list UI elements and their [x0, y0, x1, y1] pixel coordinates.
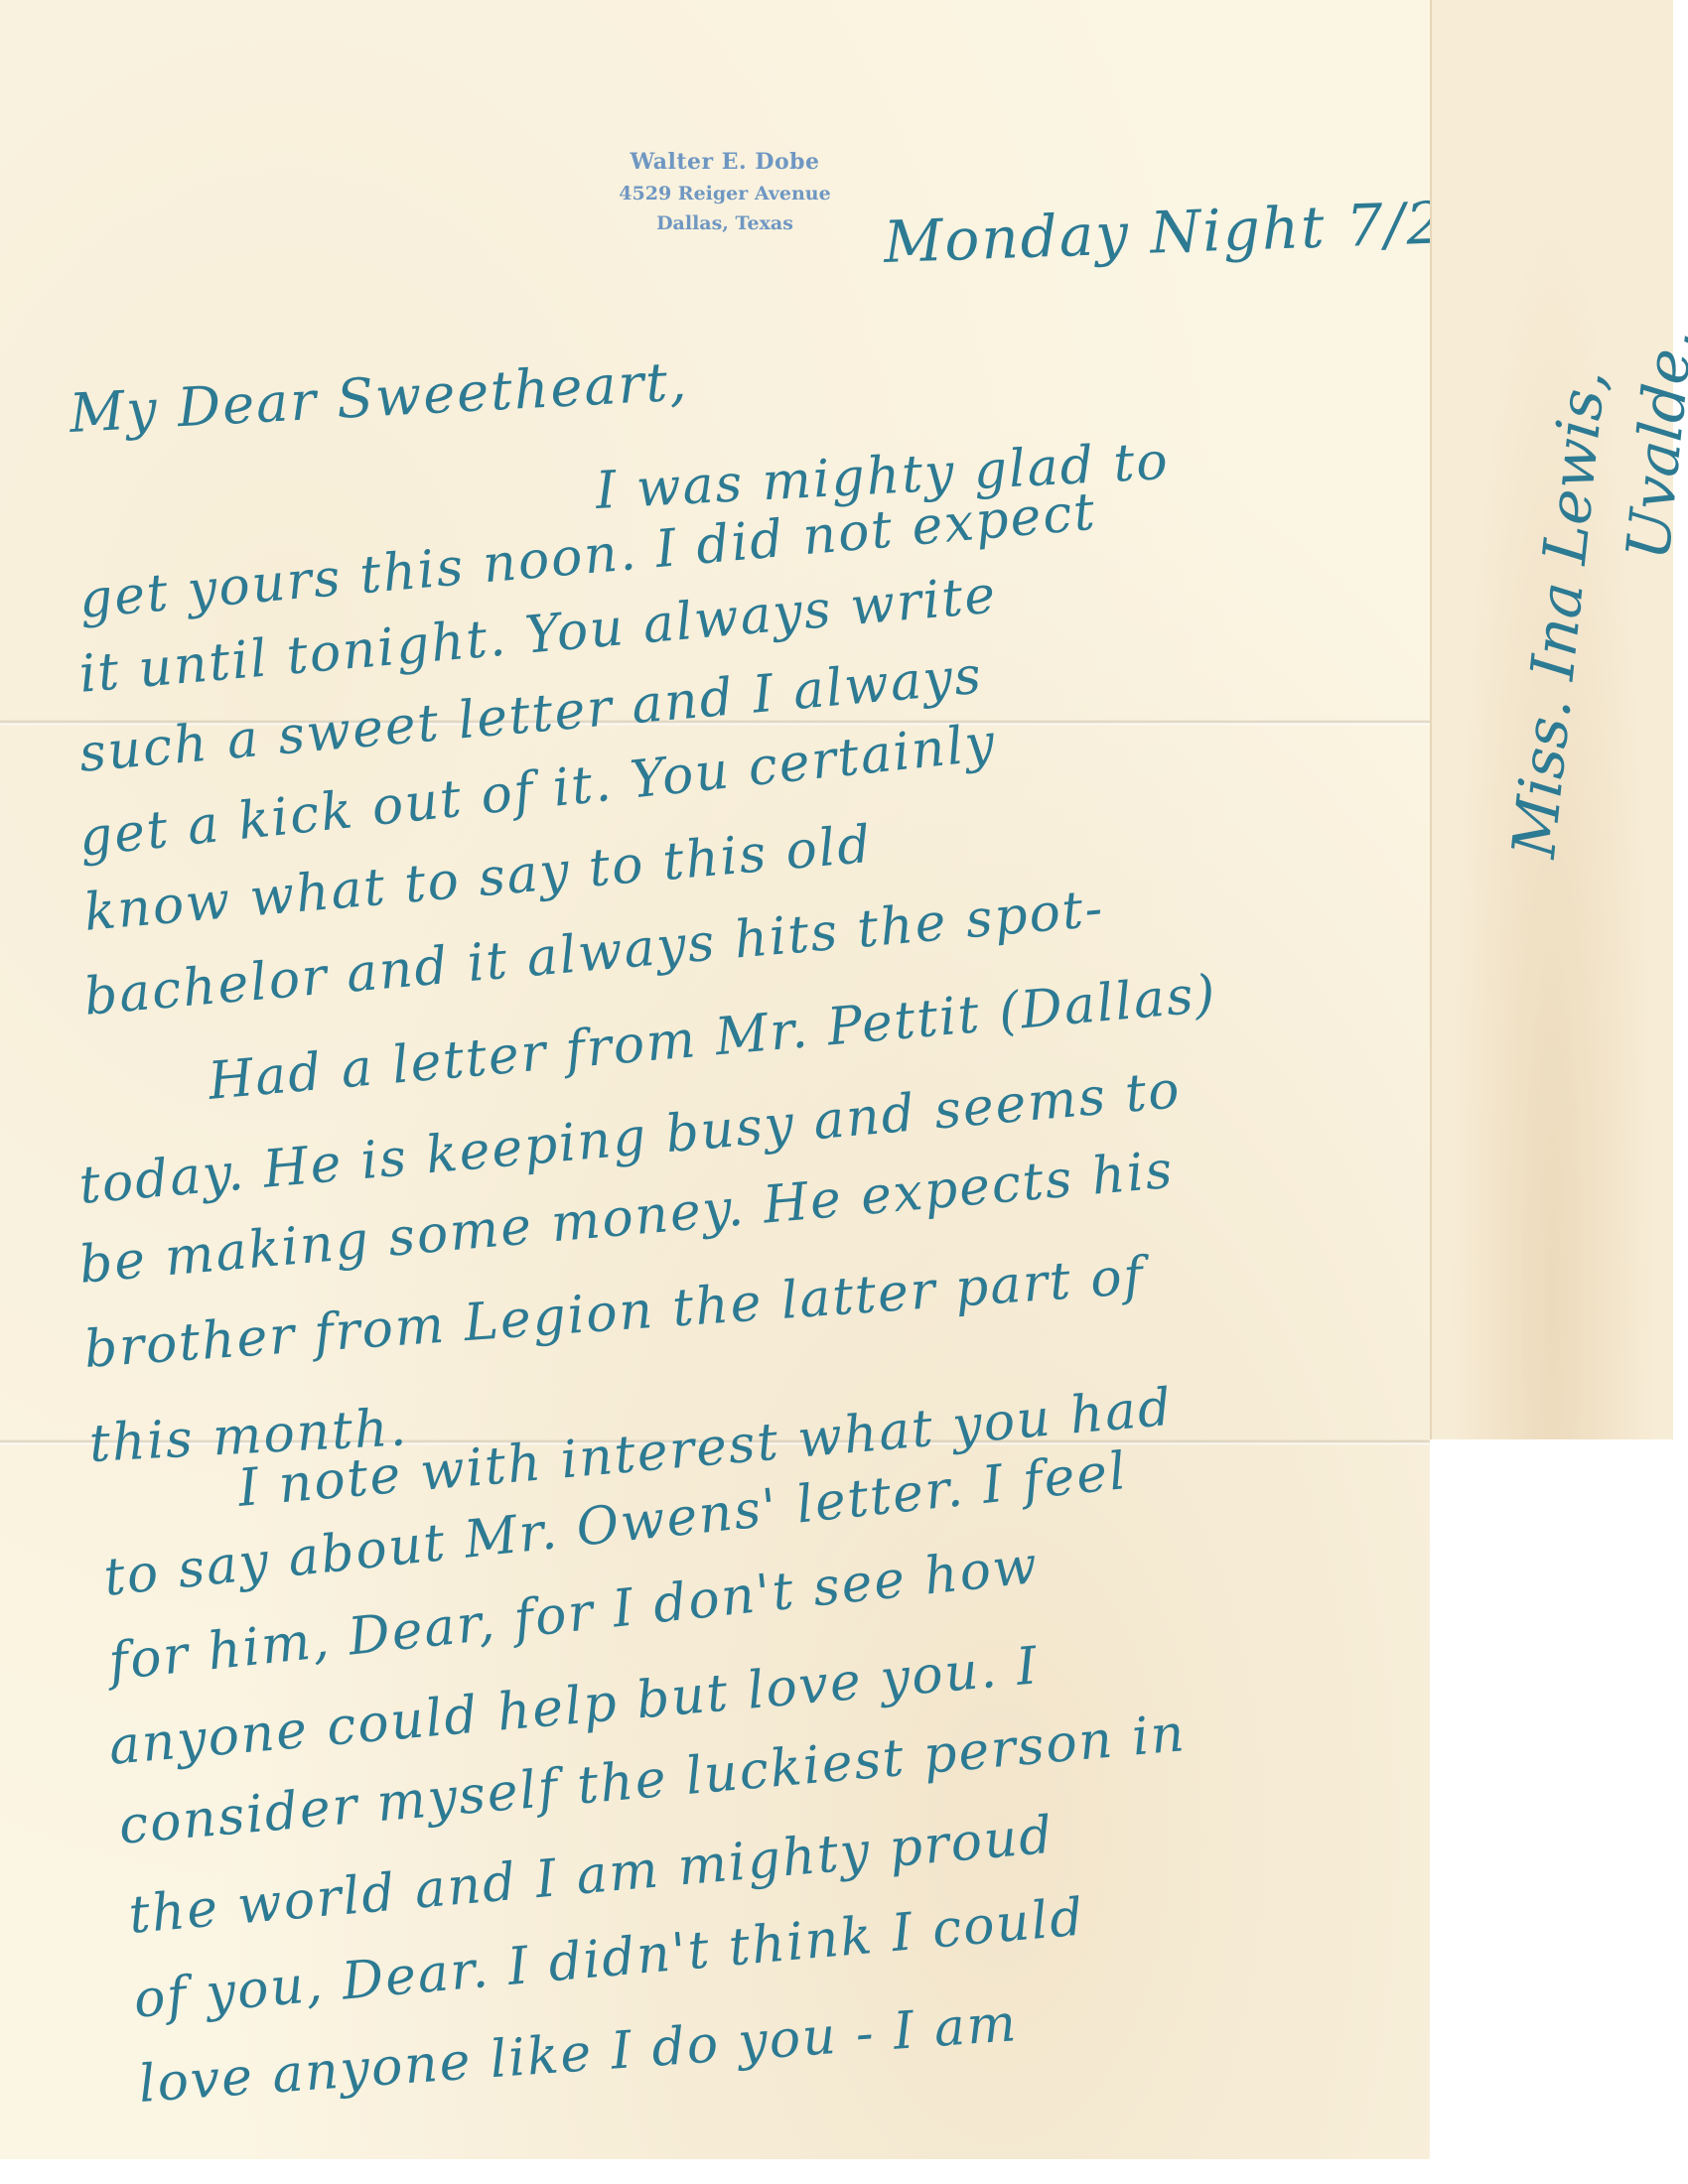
letter-sheet: Walter E. Dobe 4529 Reiger Avenue Dallas…	[0, 0, 1430, 2159]
letterhead-name: Walter E. Dobe	[586, 149, 864, 175]
letterhead: Walter E. Dobe 4529 Reiger Avenue Dallas…	[586, 149, 864, 234]
letterhead-city: Dallas, Texas	[586, 212, 864, 234]
letter-date: Monday Night 7/27-	[883, 187, 1506, 276]
salutation: My Dear Sweetheart,	[68, 349, 689, 445]
letterhead-street: 4529 Reiger Avenue	[586, 183, 864, 205]
